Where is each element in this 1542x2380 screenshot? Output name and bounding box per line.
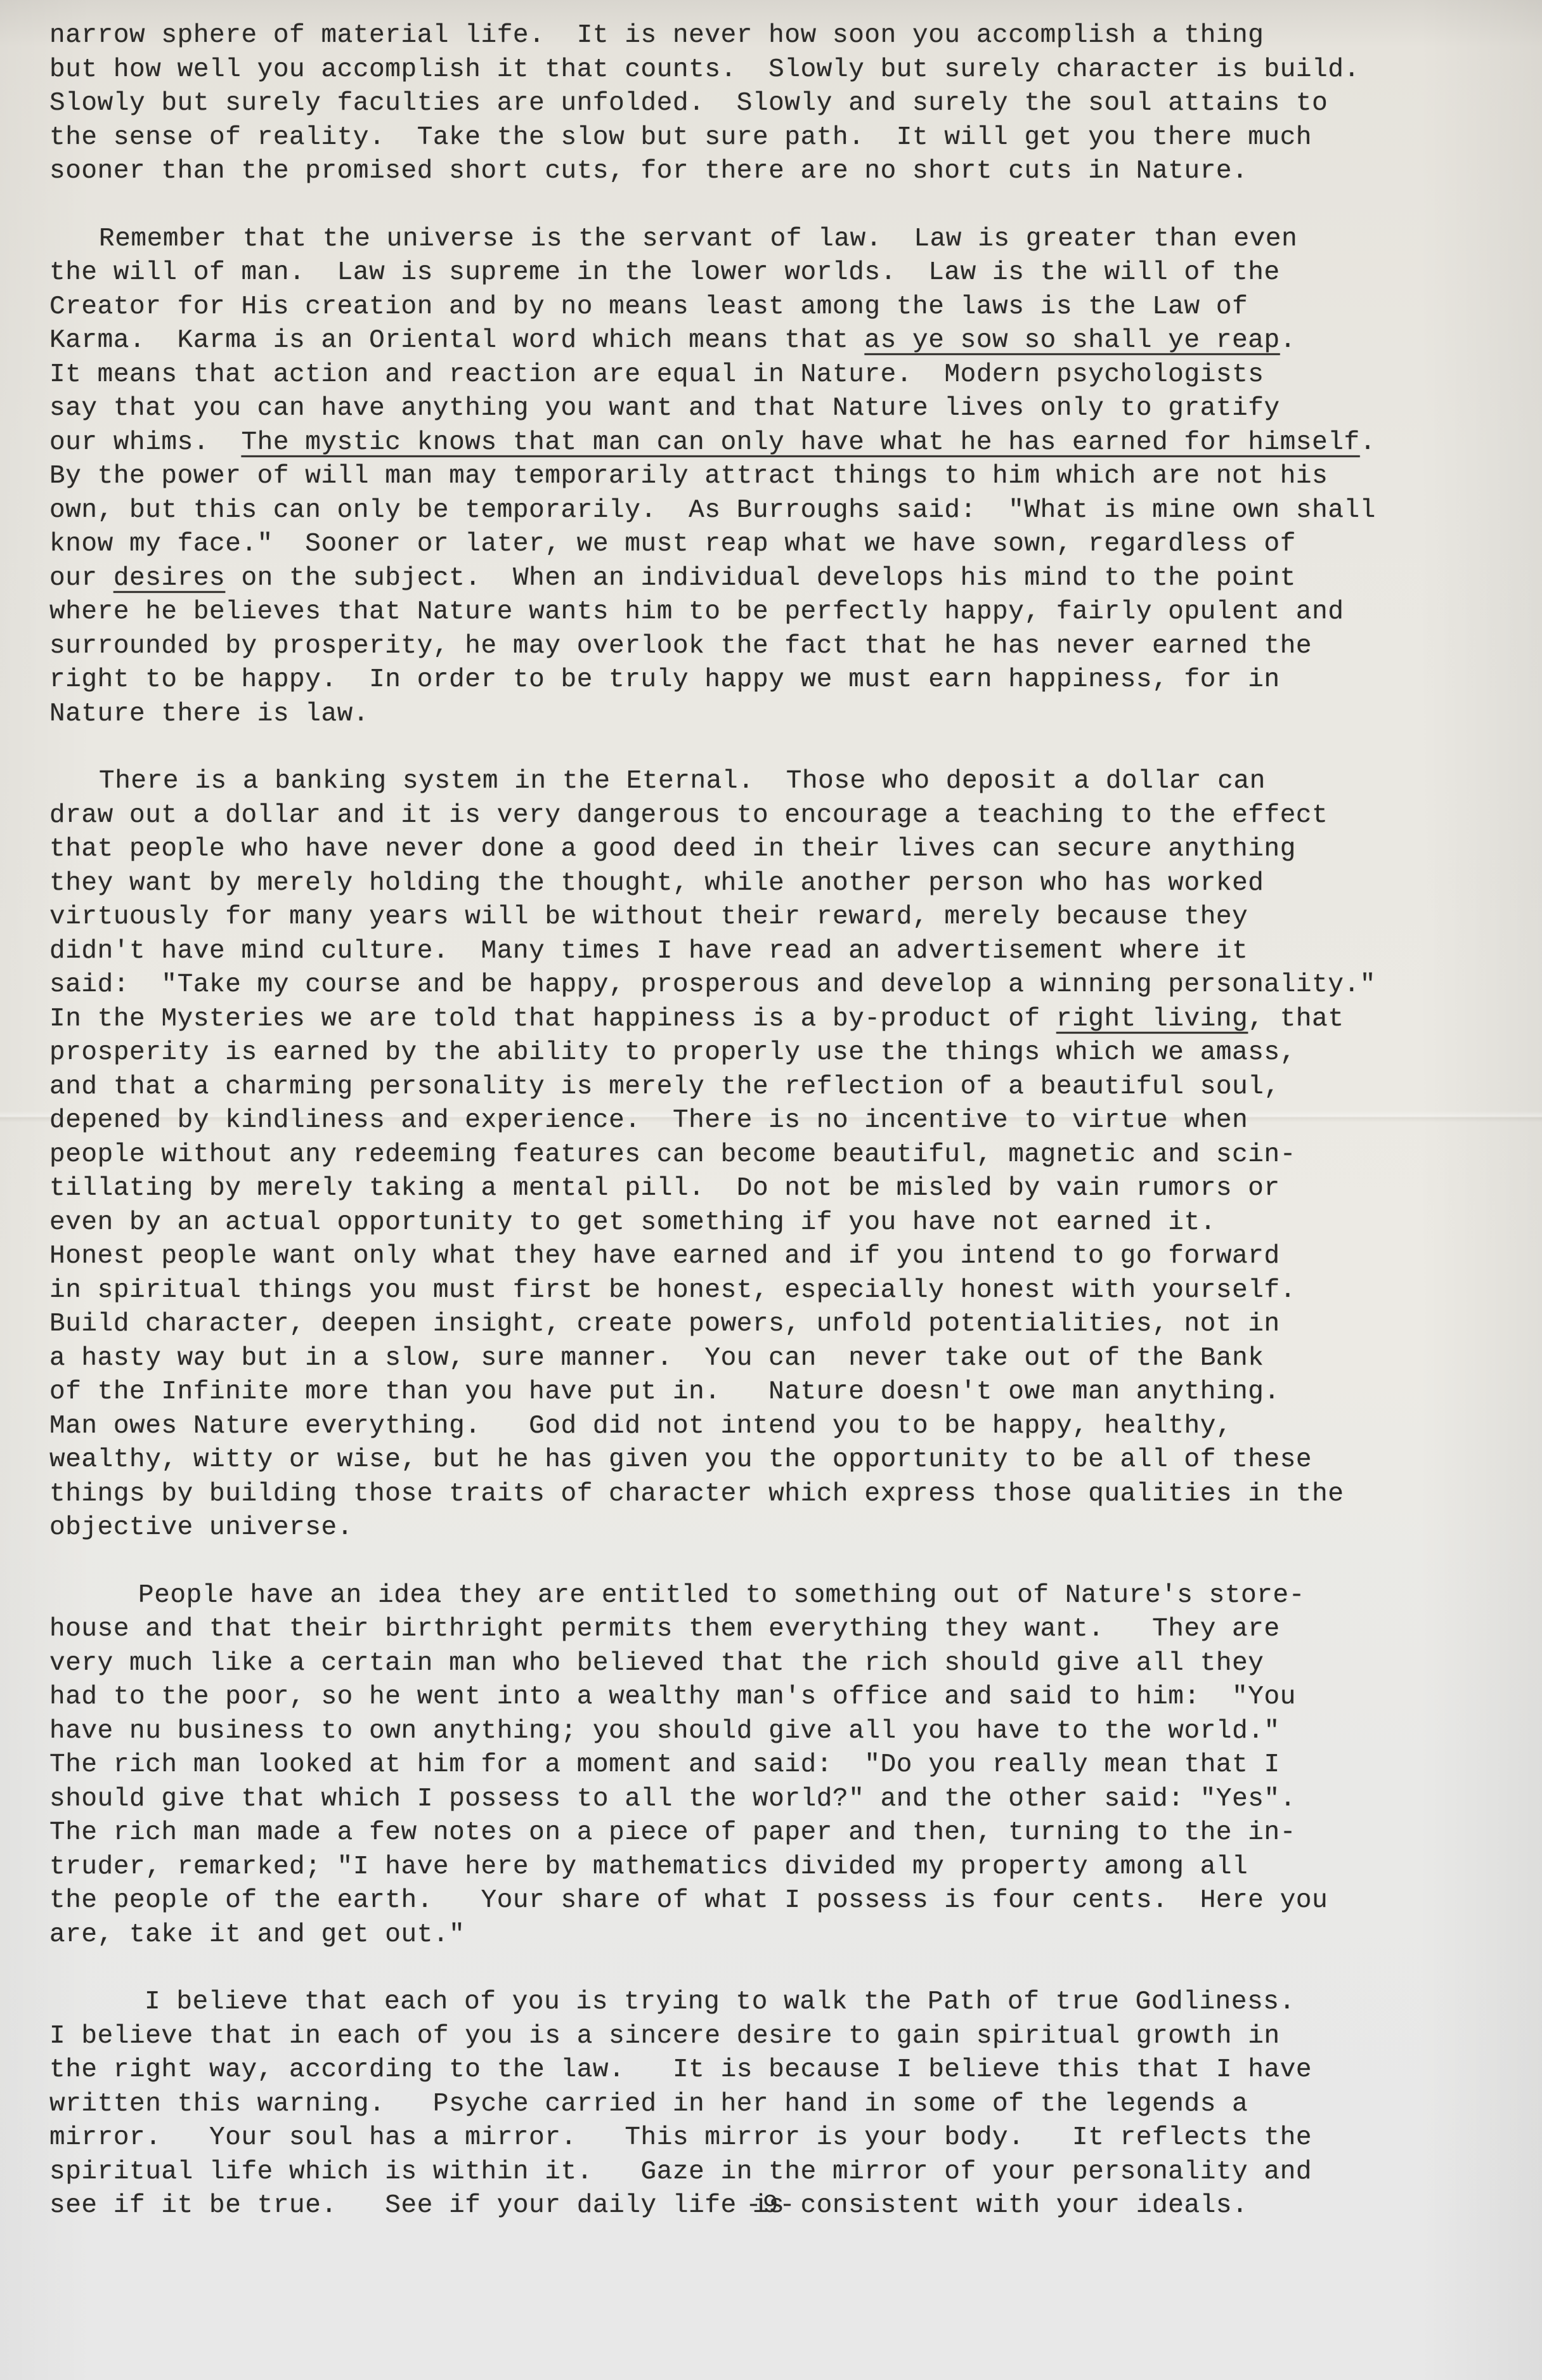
- text-line: people without any redeeming features ca…: [49, 1138, 1508, 1173]
- text-line: sooner than the promised short cuts, for…: [49, 155, 1508, 189]
- text-line: In the Mysteries we are told that happin…: [49, 1003, 1508, 1037]
- text-line: spiritual life which is within it. Gaze …: [49, 2156, 1508, 2190]
- underlined-phrase: desires: [113, 564, 225, 593]
- text-line: By the power of will man may temporarily…: [49, 460, 1508, 494]
- text-line: the right way, according to the law. It …: [49, 2053, 1508, 2088]
- text-line: Build character, deepen insight, create …: [49, 1308, 1508, 1342]
- text-line: The rich man looked at him for a moment …: [49, 1748, 1508, 1783]
- text-line: narrow sphere of material life. It is ne…: [49, 19, 1508, 53]
- text-line: our desires on the subject. When an indi…: [49, 562, 1508, 596]
- text-line: our whims. The mystic knows that man can…: [49, 426, 1508, 460]
- text-line: Creator for His creation and by no means…: [49, 290, 1508, 325]
- text-line: but how well you accomplish it that coun…: [49, 53, 1508, 88]
- text-line: surrounded by prosperity, he may overloo…: [49, 630, 1508, 664]
- text-line: house and that their birthright permits …: [49, 1613, 1508, 1647]
- text-line: There is a banking system in the Eternal…: [49, 765, 1508, 799]
- text-line: where he believes that Nature wants him …: [49, 595, 1508, 630]
- typewritten-document: narrow sphere of material life. It is ne…: [49, 19, 1508, 2223]
- paragraph-law-of-karma: Remember that the universe is the servan…: [49, 223, 1508, 732]
- text-line: the sense of reality. Take the slow but …: [49, 121, 1508, 155]
- text-line: Nature there is law.: [49, 698, 1508, 732]
- text-line: Karma. Karma is an Oriental word which m…: [49, 324, 1508, 358]
- text-line: had to the poor, so he went into a wealt…: [49, 1681, 1508, 1715]
- text-line: say that you can have anything you want …: [49, 392, 1508, 426]
- underlined-phrase: The mystic knows that man can only have …: [241, 428, 1359, 457]
- text-line: a hasty way but in a slow, sure manner. …: [49, 1342, 1508, 1376]
- text-line: they want by merely holding the thought,…: [49, 867, 1508, 901]
- text-line: truder, remarked; "I have here by mathem…: [49, 1850, 1508, 1885]
- text-line: objective universe.: [49, 1511, 1508, 1545]
- text-line: mirror. Your soul has a mirror. This mir…: [49, 2121, 1508, 2156]
- text-line: Honest people want only what they have e…: [49, 1240, 1508, 1274]
- text-line: said: "Take my course and be happy, pros…: [49, 968, 1508, 1003]
- underlined-phrase: right living: [1056, 1005, 1248, 1034]
- text-line: draw out a dollar and it is very dangero…: [49, 799, 1508, 833]
- paragraph-banking-system: There is a banking system in the Eternal…: [49, 765, 1508, 1545]
- text-line: own, but this can only be temporarily. A…: [49, 494, 1508, 528]
- paragraph-narrow-sphere: narrow sphere of material life. It is ne…: [49, 19, 1508, 189]
- text-line: I believe that in each of you is a since…: [49, 2020, 1508, 2054]
- text-line: virtuously for many years will be withou…: [49, 901, 1508, 935]
- paragraph-rich-man-story: People have an idea they are entitled to…: [49, 1579, 1508, 1953]
- text-line: the people of the earth. Your share of w…: [49, 1884, 1508, 1918]
- text-line: Remember that the universe is the servan…: [49, 223, 1508, 257]
- text-line: in spiritual things you must first be ho…: [49, 1274, 1508, 1308]
- text-line: the will of man. Law is supreme in the l…: [49, 256, 1508, 290]
- text-line: written this warning. Psyche carried in …: [49, 2088, 1508, 2122]
- text-line: wealthy, witty or wise, but he has given…: [49, 1443, 1508, 1478]
- text-line: and that a charming personality is merel…: [49, 1070, 1508, 1105]
- text-line: of the Infinite more than you have put i…: [49, 1375, 1508, 1410]
- text-line: Man owes Nature everything. God did not …: [49, 1410, 1508, 1444]
- text-line: The rich man made a few notes on a piece…: [49, 1816, 1508, 1850]
- text-line: things by building those traits of chara…: [49, 1478, 1508, 1512]
- text-line: It means that action and reaction are eq…: [49, 358, 1508, 393]
- text-line: are, take it and get out.": [49, 1918, 1508, 1953]
- text-line: tillating by merely taking a mental pill…: [49, 1172, 1508, 1206]
- text-line: have nu business to own anything; you sh…: [49, 1715, 1508, 1749]
- text-line: that people who have never done a good d…: [49, 833, 1508, 867]
- text-line: very much like a certain man who believe…: [49, 1647, 1508, 1681]
- text-line: should give that which I possess to all …: [49, 1783, 1508, 1817]
- text-line: Slowly but surely faculties are unfolded…: [49, 87, 1508, 121]
- text-line: People have an idea they are entitled to…: [49, 1579, 1508, 1613]
- text-line: even by an actual opportunity to get som…: [49, 1206, 1508, 1240]
- underlined-phrase: as ye sow so shall ye reap: [864, 326, 1280, 355]
- text-line: prosperity is earned by the ability to p…: [49, 1036, 1508, 1070]
- text-line: I believe that each of you is trying to …: [49, 1986, 1508, 2020]
- text-line: depened by kindliness and experience. Th…: [49, 1104, 1508, 1138]
- paragraph-path-of-godliness: I believe that each of you is trying to …: [49, 1986, 1508, 2223]
- text-line: didn't have mind culture. Many times I h…: [49, 935, 1508, 969]
- text-line: right to be happy. In order to be truly …: [49, 663, 1508, 698]
- text-line: know my face." Sooner or later, we must …: [49, 528, 1508, 562]
- page-number: -9-: [0, 2191, 1542, 2220]
